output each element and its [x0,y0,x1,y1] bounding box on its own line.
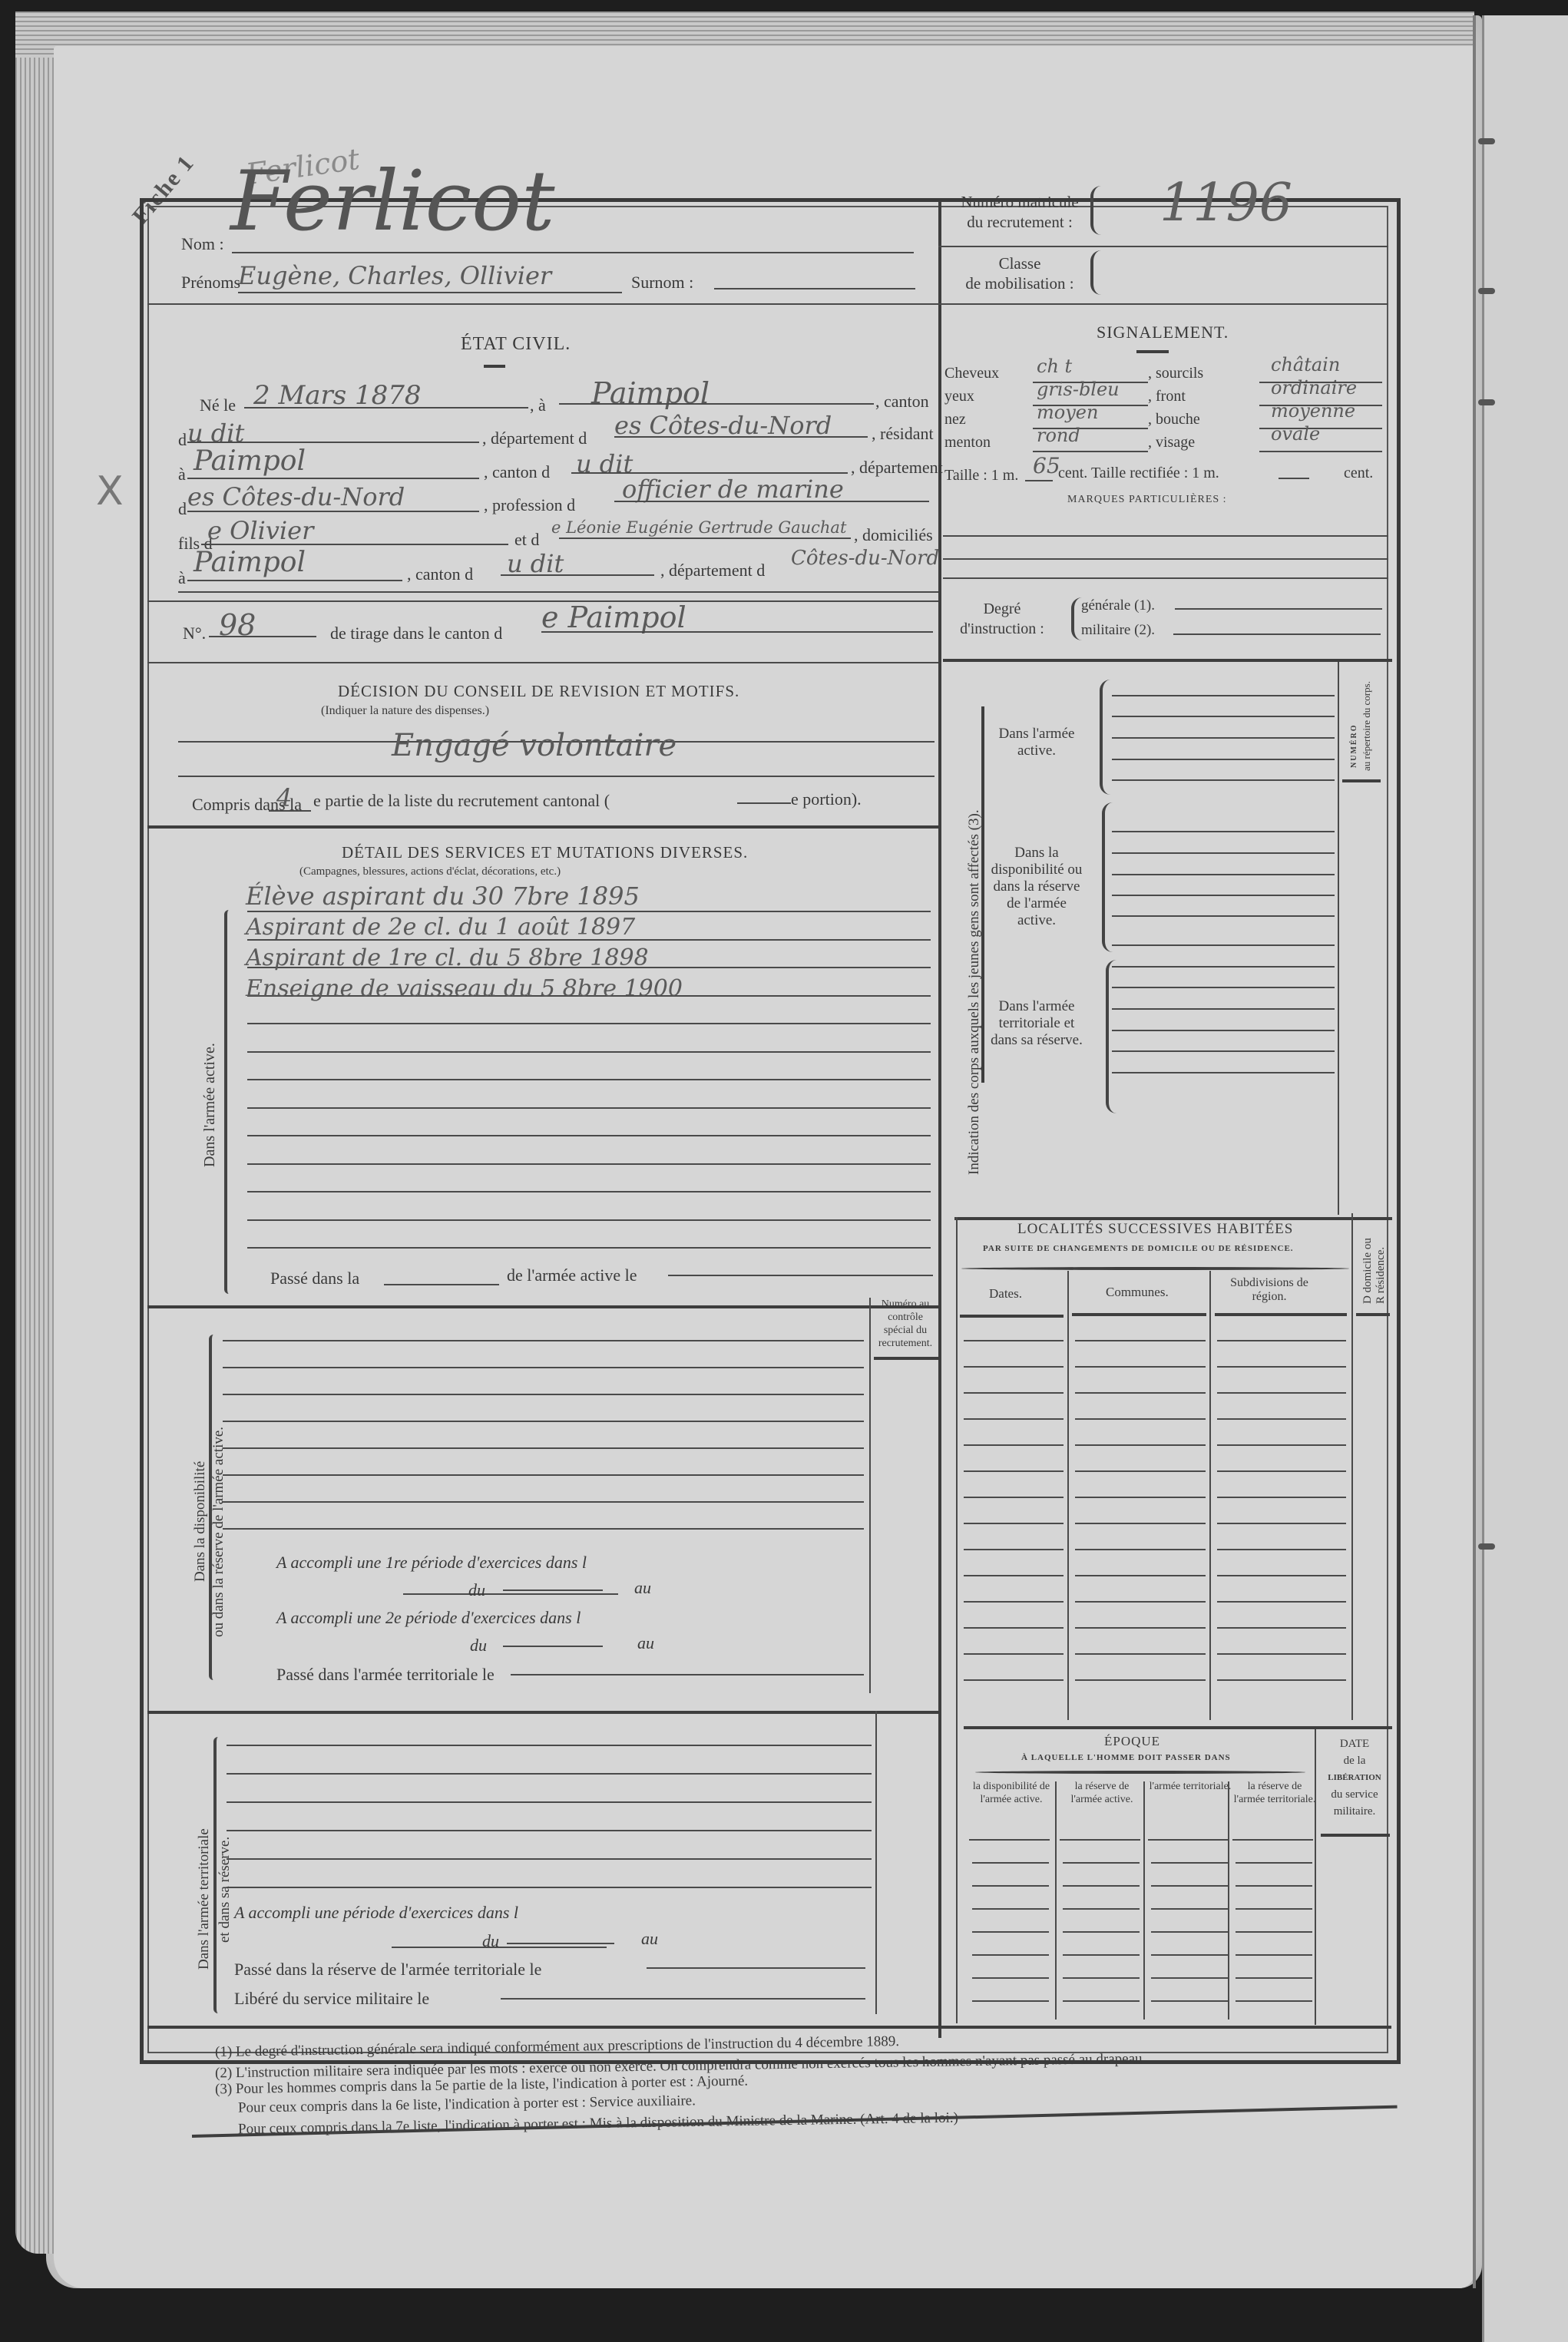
classe-brace [1090,250,1101,295]
etat-civil-title: ÉTAT CIVIL. [461,334,571,355]
active-bottom-rule [147,1305,938,1308]
localites-ruled-line [964,1470,1064,1472]
field-line [571,472,848,474]
degre-label-line-2: d'instruction : [960,619,1044,639]
corps-ruled-line [1112,895,1335,896]
localites-ruled-line [1075,1575,1206,1576]
nom-label: Nom : [181,234,224,254]
decision-title: DÉCISION DU CONSEIL DE REVISION ET MOTIF… [338,682,739,701]
field-line [503,1646,603,1647]
periode-1-du-label: du [468,1580,485,1600]
corps-group-active: Dans l'armée active. [987,726,1087,759]
localites-col-rule [1356,1313,1390,1316]
date-naissance-value: 2 Mars 1878 [253,380,422,411]
epoque-column-header: l'armée territoriale. [1148,1780,1232,1793]
localites-col-rule [960,1315,1064,1318]
epoque-ruled-line [1151,1931,1228,1933]
field-line [187,511,479,512]
signalement-label: menton [944,434,991,452]
signalement-dash [1136,350,1169,353]
classe-label-line-1: Classe [943,253,1097,273]
residence-a-label: à [178,465,186,485]
corps-ruled-line [1112,944,1335,946]
localites-col-dates: Dates. [989,1286,1022,1302]
corps-ruled-line [1112,759,1335,760]
passe-reserve-terr-label: Passé dans la réserve de l'armée territo… [234,1960,541,1980]
epoque-col-rule [1232,1839,1313,1841]
service-ruled-line [247,1219,931,1221]
corps-ruled-line [1112,737,1335,739]
localites-title: LOCALITÉS SUCCESSIVES HABITÉES [1017,1221,1293,1238]
terr-side-label-1: Dans l'armée territoriale [196,1828,213,1970]
domicile-a-label: à [178,568,186,588]
epoque-ruled-line [1236,1862,1312,1864]
epoque-ruled-line [1151,1885,1228,1887]
epoque-ruled-line [972,2000,1049,2002]
degre-generale-label: générale (1). [1081,597,1155,614]
signalement-label: nez [944,411,966,428]
field-line [201,544,508,545]
localites-ruled-line [964,1340,1064,1341]
corps-ruled-line [1112,915,1335,917]
domicilies-label: , domiciliés [854,525,933,545]
signalement-label: , visage [1148,434,1195,452]
marques-line [943,558,1388,560]
corps-group-disponibilite: Dans la disponibilité ou dans la réserve… [987,845,1087,929]
localites-ruled-line [1075,1497,1206,1498]
classe-label-line-2: de mobilisation : [943,273,1097,293]
service-entry: Élève aspirant du 30 7bre 1895 [246,882,640,911]
localites-ruled-line [1075,1549,1206,1550]
services-subtitle: (Campagnes, blessures, actions d'éclat, … [299,865,561,878]
localites-ruled-line [1217,1444,1346,1446]
epoque-date-divider [1315,1729,1316,2025]
field-line [392,1947,607,1948]
epoque-ruled-line [1063,1908,1140,1910]
field-line [187,478,479,479]
domicile-departement-value: Côtes-du-Nord [791,547,939,570]
dispo-side-label-1: Dans la disponibilité [192,1461,209,1582]
date-liberation-line: militaire. [1319,1803,1390,1820]
field-line [187,442,479,443]
tirage-canton-value: e Paimpol [541,600,686,634]
epoque-ruled-line [1151,1977,1228,1979]
numero-header-rule [1342,779,1381,782]
field-line [501,574,654,576]
et-de-label: et d [514,530,539,550]
surnom-label: Surnom : [631,273,693,293]
localites-ruled-line [964,1366,1064,1368]
epoque-ruled-line [1151,1954,1228,1956]
localites-ruled-line [1217,1470,1346,1472]
canton-value: u dit [187,418,244,448]
localites-ruled-line [1075,1340,1206,1341]
libere-label: Libéré du service militaire le [234,1989,429,2009]
epoque-ruled-line [972,1954,1049,1956]
residence-dep-d-label: d [178,499,187,519]
field-line [507,1943,614,1944]
field-line [737,802,791,804]
domicile-departement-label: , département d [660,561,765,581]
terr-divider [875,1711,877,2014]
epoque-col-divider [1143,1781,1145,2019]
date-liberation-header: DATE de la LIBÉRATION du service militai… [1319,1735,1390,1820]
signalement-value: moyenne [1271,400,1355,422]
signalement-value: moyen [1037,402,1098,423]
corps-ruled-line [1112,831,1335,832]
signalement-value: gris-bleu [1037,379,1120,400]
service-ruled-line [247,1247,931,1249]
etat-civil-extra-line [178,591,938,593]
epoque-ruled-line [1063,1931,1140,1933]
field-line [1279,478,1309,479]
corps-brace-active [1100,680,1110,795]
epoque-ruled-line [1063,1954,1140,1956]
dispo-ruled-line [223,1474,864,1476]
epoque-col-divider [1055,1781,1057,2019]
binding-stitch-icon [1478,288,1495,294]
field-line [511,1674,864,1675]
localites-ruled-line [964,1549,1064,1550]
margin-mark: X [96,468,124,514]
etat-civil-dash [484,365,505,368]
active-brace [224,910,235,1294]
localites-col-rule [1072,1313,1206,1316]
date-liberation-line: de la [1319,1752,1390,1769]
field-line [1259,451,1382,452]
signalement-value: ch t [1037,356,1072,377]
localites-ruled-line [1217,1523,1346,1524]
field-line [1173,633,1381,635]
controle-header-rule [874,1357,938,1360]
active-side-label: Dans l'armée active. [201,1043,219,1167]
corps-ruled-line [1112,987,1335,988]
localites-ruled-line [1075,1366,1206,1368]
service-entry: Aspirant de 1re cl. du 5 8bre 1898 [246,944,649,971]
epoque-ruled-line [1236,1885,1312,1887]
residence-canton-label: , canton d [484,462,550,482]
epoque-ruled-line [1236,1954,1312,1956]
signalement-label: , sourcils [1148,365,1203,382]
field-line [187,580,402,581]
dispo-ruled-line [223,1394,864,1395]
date-liberation-line: DATE [1319,1735,1390,1752]
corps-ruled-line [1112,1050,1335,1052]
signalement-label: , front [1148,388,1186,405]
tirage-no-label: N°. [183,624,206,643]
localites-side-col-2: R résidence. [1374,1247,1388,1304]
corps-brace-dispo [1102,802,1113,952]
dispo-ruled-line [223,1447,864,1449]
field-line [559,538,851,539]
localites-ruled-line [964,1497,1064,1498]
ne-le-label: Né le [200,395,236,415]
periode-1-label: A accompli une 1re période d'exercices d… [276,1553,587,1573]
numero-label: NUMÉRO [1350,723,1358,768]
field-line [668,1275,933,1276]
localites-header-rule [961,1267,1349,1270]
residant-label: , résidant [872,424,934,444]
epoque-column-header: la disponibilité de l'armée active. [969,1780,1054,1806]
signalement-value: ovale [1271,423,1320,445]
epoque-ruled-line [1151,2000,1228,2002]
prenoms-line [238,292,622,293]
localites-ruled-line [1217,1418,1346,1420]
field-line [209,636,316,637]
localites-ruled-line [1217,1601,1346,1603]
terr-side-label-2: et dans sa réserve. [217,1837,233,1943]
localites-ruled-line [1217,1679,1346,1681]
degre-bottom-rule [943,659,1392,662]
armee-active-le-label: de l'armée active le [507,1265,637,1285]
localites-ruled-line [1075,1679,1206,1681]
binding-stitch-icon [1478,138,1495,144]
controle-divider [869,1298,871,1693]
binding-stitch-icon [1478,399,1495,405]
epoque-ruled-line [972,1862,1049,1864]
corps-ruled-line [1112,966,1335,968]
field-line [1025,480,1053,481]
epoque-ruled-line [972,1931,1049,1933]
corps-ruled-line [1112,874,1335,875]
localites-ruled-line [1217,1366,1346,1368]
decision-bottom-rule [147,825,938,829]
sheet-edge [1473,15,1476,2288]
corps-group-territoriale: Dans l'armée territoriale et dans sa rés… [987,998,1087,1049]
terr-ruled-line [227,1773,872,1775]
canton-label: , canton [875,392,929,412]
localites-ruled-line [1217,1653,1346,1655]
epoque-ruled-line [1236,1977,1312,1979]
periode-terr-du-label: du [482,1931,499,1951]
passe-territoriale-label: Passé dans l'armée territoriale le [276,1665,495,1685]
localites-ruled-line [1075,1653,1206,1655]
epoque-ruled-line [1063,1885,1140,1887]
residence-value: Paimpol [194,445,306,477]
corps-vertical-title: Indication des corps auxquels les jeunes… [966,809,983,1175]
service-ruled-line [247,911,931,912]
corps-ruled-line [1112,852,1335,854]
epoque-ruled-line [972,1977,1049,1979]
residence-departement-value: es Côtes-du-Nord [187,482,405,511]
localites-ruled-line [964,1627,1064,1629]
localites-ruled-line [1217,1627,1346,1629]
field-line [244,407,528,409]
epoque-col-divider [1228,1781,1229,2019]
dispo-bottom-rule [147,1711,938,1714]
footnote-top-rule [147,2026,1391,2029]
field-line [503,1589,603,1591]
localites-side-col-1: D domicile ou [1361,1238,1374,1304]
matricule-label: Numéro matricule du recrutement : [943,192,1097,232]
epoque-ruled-line [972,1885,1049,1887]
compris-value: 4 [276,783,292,812]
epoque-ruled-line [1151,1908,1228,1910]
corps-ruled-line [1112,1008,1335,1010]
corps-ruled-line [1112,1072,1335,1073]
signalement-value: ordinaire [1271,377,1357,399]
service-ruled-line [247,1107,931,1109]
taille-rectifiee-label: cent. Taille rectifiée : 1 m. [1058,465,1219,482]
decision-line [178,776,935,777]
corps-left-bar [981,706,984,1083]
localites-ruled-line [964,1679,1064,1681]
matricule-bottom-rule [938,246,1388,247]
localites-ruled-line [1075,1392,1206,1394]
localites-col-communes: Communes. [1106,1285,1169,1300]
prenoms-value: Eugène, Charles, Ollivier [238,261,551,290]
matricule-brace [1090,186,1101,235]
decision-subtitle: (Indiquer la nature des dispenses.) [321,704,489,718]
nom-value: Ferlicot [230,154,555,250]
numero-controle-label: Numéro au contrôle spécial du recrutemen… [872,1298,938,1350]
classe-label: Classe de mobilisation : [943,253,1097,293]
mere-value: e Léonie Eugénie Gertrude Gauchat [551,518,846,537]
tirage-bottom-rule [147,662,938,663]
dispo-ruled-line [223,1340,864,1341]
date-liberation-line: LIBÉRATION [1319,1769,1390,1786]
signalement-label: yeux [944,388,974,405]
service-ruled-line [247,1023,931,1024]
degre-militaire-label: militaire (2). [1081,622,1155,639]
field-line [541,631,933,633]
localites-ruled-line [964,1653,1064,1655]
epoque-ruled-line [1063,2000,1140,2002]
marques-line [943,535,1388,537]
signalement-value: châtain [1271,354,1340,375]
cent-label: cent. [1344,465,1373,482]
surnom-line [714,288,915,289]
localites-col-divider [1209,1271,1211,1720]
localites-top-rule [954,1217,1392,1220]
residence-departement-label: , département [851,458,943,478]
signalement-label: Cheveux [944,365,999,382]
field-line [559,403,874,405]
localites-ruled-line [1217,1549,1346,1550]
localites-ruled-line [1075,1523,1206,1524]
service-entry: Aspirant de 2e cl. du 1 août 1897 [246,914,635,941]
dispo-ruled-line [223,1367,864,1368]
localites-ruled-line [964,1444,1064,1446]
pere-value: e Olivier [207,516,313,545]
localites-ruled-line [1217,1340,1346,1341]
profession-label: , profession d [484,495,575,515]
taille-label: Taille : 1 m. [944,467,1018,485]
localites-ruled-line [1075,1418,1206,1420]
repertoire-label: au répertoire du corps. [1361,681,1373,771]
periode-2-du-label: du [470,1636,487,1656]
dispo-side-label-2: ou dans la réserve de l'armée active. [210,1427,227,1637]
localites-col-subdivisions: Subdivisions de région. [1212,1276,1327,1304]
classe-bottom-rule [938,303,1388,305]
terr-ruled-line [227,1745,872,1746]
epoque-col-rule [1060,1839,1140,1841]
matricule-label-line-1: Numéro matricule [943,192,1097,212]
epoque-col-rule [969,1839,1050,1841]
localites-ruled-line [1217,1392,1346,1394]
localites-ruled-line [964,1601,1064,1603]
numero-divider [1338,662,1339,1215]
localites-ruled-line [1075,1444,1206,1446]
terr-ruled-line [227,1887,872,1888]
compris-label-3: e portion). [791,789,862,809]
field-line [384,1284,499,1285]
localites-ruled-line [964,1523,1064,1524]
dispo-ruled-line [223,1528,864,1530]
facing-page-edge [1482,15,1568,2342]
periode-terr-au-label: au [641,1929,658,1949]
localites-subtitle: PAR SUITE DE CHANGEMENTS DE DOMICILE OU … [983,1244,1294,1253]
marques-line [943,577,1388,579]
localites-ruled-line [1075,1470,1206,1472]
periode-2-label: A accompli une 2e période d'exercices da… [276,1608,581,1628]
field-line [1175,608,1382,610]
localites-ruled-line [1217,1497,1346,1498]
services-title: DÉTAIL DES SERVICES ET MUTATIONS DIVERSE… [342,843,748,862]
epoque-ruled-line [1236,2000,1312,2002]
localites-ruled-line [1075,1601,1206,1603]
corps-ruled-line [1112,695,1335,696]
periode-2-au-label: au [637,1633,654,1653]
terr-ruled-line [227,1801,872,1803]
departement-label: , département d [482,428,587,448]
signalement-value: rond [1037,425,1080,446]
field-line [614,501,929,502]
periode-terr-label: A accompli une période d'exercices dans … [234,1903,518,1923]
localites-ruled-line [964,1392,1064,1394]
signalement-title: SIGNALEMENT. [1097,323,1229,342]
signalement-label: , bouche [1148,411,1200,428]
service-ruled-line [247,1163,931,1165]
localites-col-divider [1067,1271,1069,1720]
corps-ruled-line [1112,779,1335,781]
nom-line [232,252,914,253]
epoque-column-header: la réserve de l'armée active. [1060,1780,1144,1806]
corps-brace-terr [1106,960,1116,1113]
profession-value: officier de marine [622,475,844,504]
epoque-ruled-line [972,1908,1049,1910]
epoque-column-header: la réserve de l'armée territoriale. [1232,1780,1317,1806]
passe-dans-la-label: Passé dans la [270,1269,359,1288]
corps-ruled-line [1112,716,1335,717]
date-liberation-rule [1321,1834,1390,1837]
terr-ruled-line [227,1830,872,1831]
degre-label-line-1: Degré [960,599,1044,619]
field-line [269,810,311,812]
service-ruled-line [247,1079,931,1080]
taille-value: 65 [1033,453,1060,478]
service-entry: Enseigne de vaisseau du 5 8bre 1900 [246,975,683,1002]
header-bottom-rule [147,303,938,305]
marques-label: MARQUES PARTICULIÈRES : [1067,494,1227,506]
binding-stitch-icon [1478,1543,1495,1550]
localites-ruled-line [1217,1575,1346,1576]
canton-d-label: d [178,430,187,450]
matricule-value: 1196 [1159,173,1292,233]
epoque-top-rule [964,1726,1392,1729]
field-line [647,1967,865,1969]
date-liberation-line: du service [1319,1786,1390,1803]
a-label: , à [530,395,546,415]
degre-brace [1071,597,1082,640]
periode-1-au-label: au [634,1578,651,1598]
service-ruled-line [247,1191,931,1193]
compris-label-2: e partie de la liste du recrutement cant… [313,791,610,811]
localites-left-border [956,1217,958,2023]
localites-ruled-line [964,1575,1064,1576]
domicile-value: Paimpol [194,547,306,578]
field-line [614,436,868,438]
